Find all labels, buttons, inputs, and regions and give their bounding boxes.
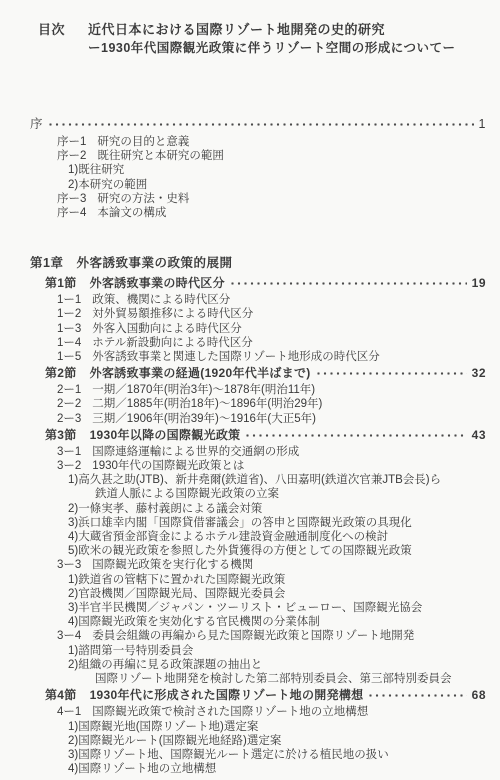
toc-entry-label: 1ー5 — [57, 350, 81, 364]
toc-entry-text: 国際観光政策を実行化する機関 — [92, 558, 253, 572]
toc-entry-text: 3)浜口雄幸内閣「国際貸借審議会」の答申と国際観光政策の具現化 — [68, 516, 412, 530]
toc-entry-text: 研究の方法・史料 — [97, 192, 189, 206]
toc-entry-text: 一期／1870年(明治3年)〜1878年(明治11年) — [92, 383, 315, 397]
toc-entry: 2)本研究の範囲 — [0, 178, 500, 192]
toc-entry: 1)高久甚之助(JTB)、新井堯爾(鉄道省)、八田嘉明(鉄道次官兼JTB会長)ら — [0, 473, 500, 487]
toc-entry: 3ー1国際連絡運輸による世界的交通網の形成 — [0, 445, 500, 459]
toc-entry-text: 4)大蔵省預金部資金によるホテル建設資金融通制度化への検討 — [68, 530, 388, 544]
toc-entry-label: 序ー3 — [57, 192, 86, 206]
toc-entry-text: 研究の目的と意義 — [97, 135, 189, 149]
toc-entry: 1)国際観光地(国際リゾート地)選定案 — [0, 720, 500, 734]
document-page: 目次 近代日本における国際リゾート地開発の史的研究 ー1930年代国際観光政策に… — [0, 0, 500, 776]
toc-entry: 2ー2二期／1885年(明治18年)〜1896年(明治29年) — [0, 397, 500, 411]
toc-entry-text: 1930年代に形成された国際リゾート地の開発構想 — [90, 688, 364, 703]
toc-entry-text: 2)一條実孝、藤村義朗による議会対策 — [68, 502, 262, 516]
dot-leader — [231, 282, 467, 285]
toc-entry-label: 1ー2 — [57, 307, 81, 321]
toc-entry: 2)官設機関／国際観光局、国際観光委員会 — [0, 587, 500, 601]
toc-entry-text: 2)組織の再編に見る政策課題の抽出と — [68, 658, 262, 672]
toc-entry-text: ホテル新設動向による時代区分 — [92, 336, 252, 350]
toc-entry-text: 3)国際リゾート地、国際観光ルート選定に於ける植民地の扱い — [68, 748, 389, 762]
toc-entry-text: 1)鉄道省の管轄下に置かれた国際観光政策 — [68, 573, 285, 587]
dot-leader — [246, 434, 466, 437]
toc-entry-label: 2ー3 — [57, 412, 81, 426]
dot-leader — [369, 694, 466, 697]
page-number: 19 — [472, 276, 486, 291]
toc-entry: 5)欧米の観光政策を参照した外貨獲得の方便としての国際観光政策 — [0, 544, 500, 558]
toc-entry-text: 政策、機関による時代区分 — [92, 293, 230, 307]
toc-entry: 1)既往研究 — [0, 163, 500, 177]
toc-entry-preface: 序1 — [0, 117, 500, 132]
toc-entry-label: 序ー4 — [57, 206, 86, 220]
toc-entry: 4)国際観光政策を実効化する官民機関の分業体制 — [0, 615, 500, 629]
toc-entry-label: 序 — [30, 117, 43, 132]
page-number: 32 — [472, 366, 486, 381]
toc-entry: 2)組織の再編に見る政策課題の抽出と — [0, 658, 500, 672]
toc-entry-chapter-1: 第1章外客誘致事業の政策的展開 — [0, 256, 500, 271]
toc-entry: 1ー4ホテル新設動向による時代区分 — [0, 336, 500, 350]
toc-entry: 序ー1研究の目的と意義 — [0, 135, 500, 149]
toc-entry-text: 1930年以降の国際観光政策 — [90, 428, 241, 443]
toc-entry-label: 4ー1 — [57, 705, 81, 719]
page-number: 1 — [479, 117, 486, 132]
toc-entry: 2ー1一期／1870年(明治3年)〜1878年(明治11年) — [0, 383, 500, 397]
toc-entry: 1)諮問第一号特別委員会 — [0, 644, 500, 658]
toc-entry-text: 1930年代の国際観光政策とは — [92, 459, 244, 473]
toc-entry: 1)鉄道省の管轄下に置かれた国際観光政策 — [0, 573, 500, 587]
toc-entry-text: 外客誘致事業の政策的展開 — [76, 256, 232, 271]
toc-heading: 目次 — [38, 20, 88, 39]
toc-entry-text: 1)諮問第一号特別委員会 — [68, 644, 193, 658]
toc-entry-section-1-3: 第3節1930年以降の国際観光政策43 — [0, 428, 500, 443]
toc-entry-text: 2)官設機関／国際観光局、国際観光委員会 — [68, 587, 285, 601]
toc-entry-text: 国際リゾート地開発を検討した第二部特別委員会、第三部特別委員会 — [95, 672, 452, 686]
toc-entry-text: 本論文の構成 — [97, 206, 166, 220]
toc-entry-text: 委員会組織の再編から見た国際観光政策と国際リゾート地開発 — [92, 629, 414, 643]
toc-entry-label: 序ー1 — [57, 135, 86, 149]
toc-entry-label: 第4節 — [45, 688, 77, 703]
toc-entry-continuation: 鉄道人脈による国際観光政策の立案 — [0, 487, 500, 501]
toc-entry: 3ー3国際観光政策を実行化する機関 — [0, 558, 500, 572]
toc-entry-continuation: 国際リゾート地開発を検討した第二部特別委員会、第三部特別委員会 — [0, 672, 500, 686]
toc-entry-text: 対外貿易額推移による時代区分 — [92, 307, 253, 321]
document-subtitle: ー1930年代国際観光政策に伴うリゾート空間の形成についてー — [0, 39, 500, 58]
toc-entry: 1ー1政策、機関による時代区分 — [0, 293, 500, 307]
toc-entry-text: 二期／1885年(明治18年)〜1896年(明治29年) — [92, 397, 322, 411]
toc-entry: 2)一條実孝、藤村義朗による議会対策 — [0, 502, 500, 516]
toc-entry-label: 序ー2 — [57, 149, 86, 163]
toc-entry-section-1-2: 第2節外客誘致事業の経過(1920年代半ばまで)32 — [0, 366, 500, 381]
toc-entry-text: 1)国際観光地(国際リゾート地)選定案 — [68, 720, 258, 734]
toc-entry-text: 1)既往研究 — [68, 163, 124, 177]
toc-entry: 1ー3外客入国動向による時代区分 — [0, 322, 500, 336]
toc-entry-text: 外客誘致事業の経過(1920年代半ばまで) — [90, 366, 311, 381]
toc-entry-label: 第1章 — [30, 256, 63, 271]
toc-entry-label: 1ー3 — [57, 322, 81, 336]
toc-entry-label: 第3節 — [45, 428, 77, 443]
page-number: 43 — [472, 428, 486, 443]
toc-entry-label: 3ー2 — [57, 459, 81, 473]
toc-entry: 4)大蔵省預金部資金によるホテル建設資金融通制度化への検討 — [0, 530, 500, 544]
toc-entry-text: 5)欧米の観光政策を参照した外貨獲得の方便としての国際観光政策 — [68, 544, 412, 558]
toc-entry-label: 1ー4 — [57, 336, 81, 350]
toc-entry-text: 既往研究と本研究の範囲 — [97, 149, 224, 163]
toc-entry-label: 2ー1 — [57, 383, 81, 397]
toc-entry: 3)半官半民機関／ジャパン・ツーリスト・ビューロー、国際観光協会 — [0, 601, 500, 615]
toc-entry-section-1-4: 第4節1930年代に形成された国際リゾート地の開発構想68 — [0, 688, 500, 703]
toc-entry-label: 1ー1 — [57, 293, 81, 307]
table-of-contents: 序1 序ー1研究の目的と意義 序ー2既往研究と本研究の範囲 1)既往研究 2)本… — [0, 117, 500, 776]
toc-entry-text: 三期／1906年(明治39年)〜1916年(大正5年) — [92, 412, 316, 426]
toc-entry: 1ー2対外貿易額推移による時代区分 — [0, 307, 500, 321]
dot-leader — [317, 372, 467, 375]
toc-entry-text: 2)本研究の範囲 — [68, 178, 147, 192]
toc-entry-text: 2)国際観光ルート(国際観光地経路)選定案 — [68, 734, 281, 748]
toc-entry-text: 3)半官半民機関／ジャパン・ツーリスト・ビューロー、国際観光協会 — [68, 601, 422, 615]
document-header: 目次 近代日本における国際リゾート地開発の史的研究 — [0, 20, 500, 39]
toc-entry-text: 外客誘致事業と関連した国際リゾート地形成の時代区分 — [92, 350, 380, 364]
toc-entry-section-1-1: 第1節外客誘致事業の時代区分19 — [0, 276, 500, 291]
toc-entry-label: 2ー2 — [57, 397, 81, 411]
toc-entry-label: 第2節 — [45, 366, 77, 381]
toc-entry: 4)国際リゾート地の立地構想 — [0, 762, 500, 776]
document-title: 近代日本における国際リゾート地開発の史的研究 — [88, 20, 385, 39]
toc-entry-text: 外客入国動向による時代区分 — [92, 322, 242, 336]
toc-entry-label: 第1節 — [45, 276, 77, 291]
toc-entry-text: 4)国際リゾート地の立地構想 — [68, 762, 216, 776]
toc-entry-text: 鉄道人脈による国際観光政策の立案 — [95, 487, 279, 501]
toc-entry: 4ー1国際観光政策で検討された国際リゾート地の立地構想 — [0, 705, 500, 719]
toc-entry: 3ー4委員会組織の再編から見た国際観光政策と国際リゾート地開発 — [0, 629, 500, 643]
dot-leader — [49, 123, 474, 126]
toc-entry: 2ー3三期／1906年(明治39年)〜1916年(大正5年) — [0, 412, 500, 426]
toc-entry-label: 3ー1 — [57, 445, 81, 459]
toc-entry: 序ー4本論文の構成 — [0, 206, 500, 220]
toc-entry-text: 国際観光政策で検討された国際リゾート地の立地構想 — [92, 705, 368, 719]
toc-entry-label: 3ー3 — [57, 558, 81, 572]
toc-entry: 序ー2既往研究と本研究の範囲 — [0, 149, 500, 163]
toc-entry-label: 3ー4 — [57, 629, 81, 643]
toc-entry: 3ー21930年代の国際観光政策とは — [0, 459, 500, 473]
toc-entry-text: 4)国際観光政策を実効化する官民機関の分業体制 — [68, 615, 320, 629]
toc-entry: 1ー5外客誘致事業と関連した国際リゾート地形成の時代区分 — [0, 350, 500, 364]
toc-entry-text: 国際連絡運輸による世界的交通網の形成 — [92, 445, 299, 459]
toc-entry-text: 1)高久甚之助(JTB)、新井堯爾(鉄道省)、八田嘉明(鉄道次官兼JTB会長)ら — [68, 473, 441, 487]
toc-entry: 序ー3研究の方法・史料 — [0, 192, 500, 206]
toc-entry-text: 外客誘致事業の時代区分 — [90, 276, 225, 291]
page-number: 68 — [472, 688, 486, 703]
toc-entry: 3)浜口雄幸内閣「国際貸借審議会」の答申と国際観光政策の具現化 — [0, 516, 500, 530]
toc-entry: 2)国際観光ルート(国際観光地経路)選定案 — [0, 734, 500, 748]
toc-entry: 3)国際リゾート地、国際観光ルート選定に於ける植民地の扱い — [0, 748, 500, 762]
